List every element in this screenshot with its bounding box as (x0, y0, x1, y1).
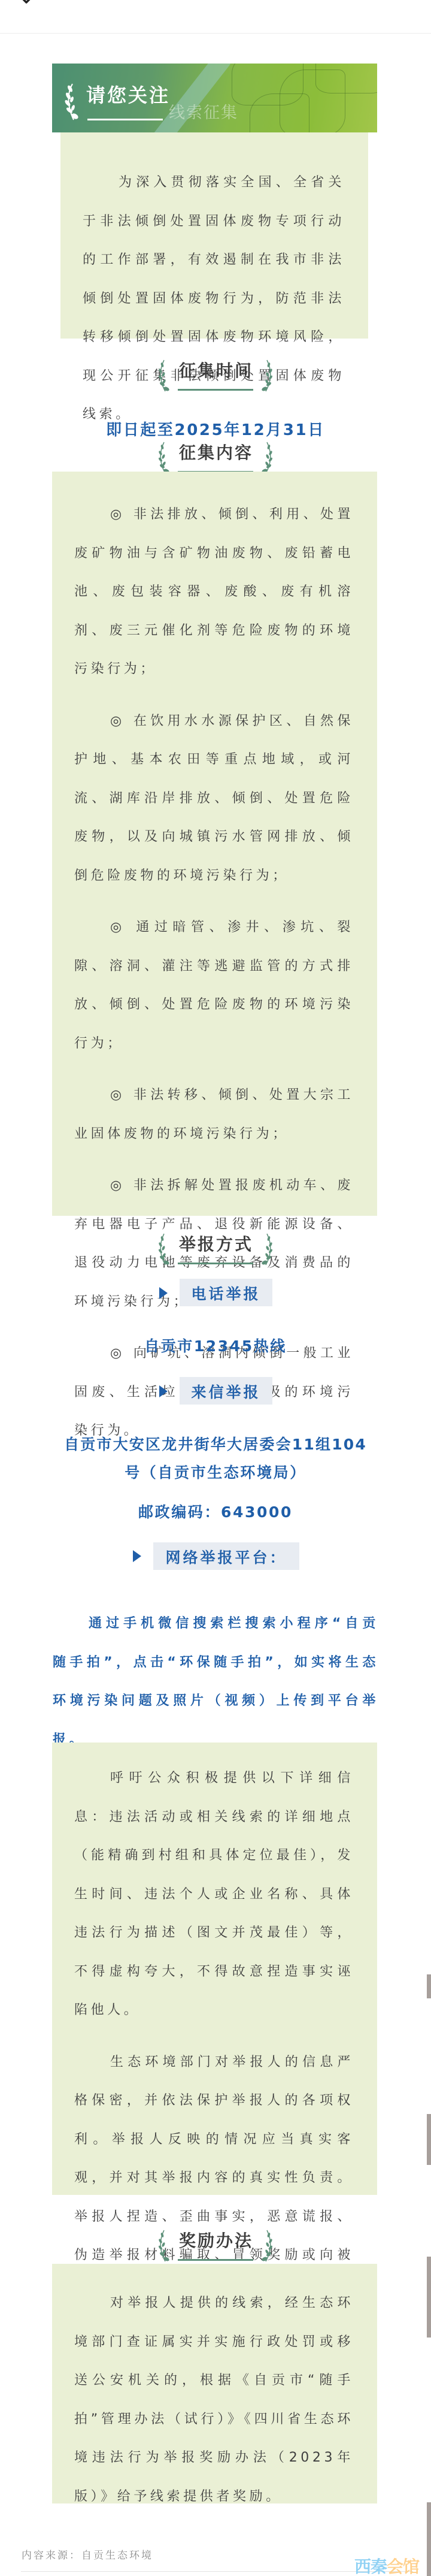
web-report-tag: 网络举报平台： (153, 1542, 299, 1570)
banner-subtitle: 线索征集 (169, 99, 238, 123)
section-title: 征集时间 (178, 358, 254, 382)
phone-hotline: 自贡市12345热线 (0, 1334, 431, 1356)
laurel-icon (157, 359, 171, 392)
scrollbar-thumb[interactable] (427, 1974, 431, 1998)
section-heading-content: 征集内容 (0, 440, 431, 476)
section-heading-time: 征集时间 (0, 358, 431, 394)
section-underline (178, 1263, 253, 1264)
mail-report-tag: 来信举报 (180, 1377, 272, 1405)
mail-address-line2: 号（自贡市生态环境局） (0, 1461, 431, 1482)
tag-label: 电话举报 (180, 1282, 272, 1304)
section-underline (178, 389, 253, 391)
play-arrow-icon (159, 1287, 168, 1299)
banner-title: 请您关注 (86, 80, 170, 108)
section-title: 奖励办法 (178, 2228, 254, 2252)
laurel-icon (157, 441, 171, 475)
content-item: ◎ 非法排放、倾倒、利用、处置废矿物油与含矿物油废物、废铅蓄电池、废包装容器、废… (74, 496, 354, 689)
scrollbar-thumb[interactable] (427, 2114, 431, 2165)
notice-box: 呼吁公众积极提供以下详细信息：违法活动或相关线索的详细地点（能精确到村组和具体定… (52, 1743, 377, 2195)
header-banner: 请您关注 线索征集 (52, 64, 377, 132)
top-nav-bar (0, 0, 431, 34)
watermark-part: 西秦 (354, 2557, 387, 2576)
collection-period: 即日起至2025年12月31日 (0, 418, 431, 440)
laurel-icon (260, 1233, 274, 1266)
notice-paragraph: 呼吁公众积极提供以下详细信息：违法活动或相关线索的详细地点（能精确到村组和具体定… (74, 1759, 354, 2030)
laurel-icon (157, 2229, 171, 2263)
laurel-icon (157, 1233, 171, 1266)
play-arrow-icon (133, 1550, 141, 1562)
tag-label: 网络举报平台： (153, 1546, 299, 1568)
content-item: ◎ 通过暗管、渗井、渗坑、裂隙、溶洞、灌注等逃避监管的方式排放、倾倒、处置危险废… (74, 908, 354, 1063)
watermark-part: 会馆 (387, 2557, 419, 2576)
laurel-icon (260, 359, 274, 392)
content-item: ◎ 非法转移、倾倒、处置大宗工业固体废物的环境污染行为； (74, 1076, 354, 1153)
scrollbar-thumb[interactable] (427, 2257, 431, 2338)
web-report-text: 通过手机微信搜索栏搜索小程序“自贡随手拍”，点击“环保随手拍”，如实将生态环境污… (53, 1605, 379, 1759)
tag-label: 来信举报 (180, 1381, 272, 1402)
laurel-icon (260, 441, 274, 475)
section-heading-reward: 奖励办法 (0, 2228, 431, 2264)
section-heading-report: 举报方式 (0, 1231, 431, 1267)
section-title: 征集内容 (178, 440, 254, 464)
scrollbar-thumb[interactable] (427, 2502, 431, 2576)
content-source: 内容来源：自贡生态环境 (22, 2547, 153, 2562)
reward-paragraph: 对举报人提供的线索，经生态环境部门查证属实并实施行政处罚或移送公安机关的，根据《… (74, 2284, 354, 2516)
postcode: 邮政编码：643000 (0, 1500, 431, 1522)
laurel-icon (260, 2229, 274, 2263)
intro-box: 为深入贯彻落实全国、全省关于非法倾倒处置固体废物专项行动的工作部署，有效遏制在我… (60, 132, 368, 339)
section-title: 举报方式 (178, 1231, 254, 1255)
wheat-icon (64, 80, 80, 122)
content-item: ◎ 在饮用水水源保护区、自然保护地、基本农田等重点地域，或河流、湖库沿岸排放、倾… (74, 702, 354, 896)
banner-underline (87, 119, 163, 120)
content-box: ◎ 非法排放、倾倒、利用、处置废矿物油与含矿物油废物、废铅蓄电池、废包装容器、废… (52, 472, 377, 1216)
play-arrow-icon (159, 1385, 168, 1397)
close-icon[interactable] (14, 0, 38, 4)
reward-box: 对举报人提供的线索，经生态环境部门查证属实并实施行政处罚或移送公安机关的，根据《… (52, 2264, 377, 2503)
watermark-logo: 西秦会馆 (354, 2554, 419, 2576)
section-underline (178, 2259, 253, 2261)
phone-report-tag: 电话举报 (180, 1279, 272, 1306)
mail-address-line1: 自贡市大安区龙井街华大居委会11组104 (0, 1433, 431, 1454)
